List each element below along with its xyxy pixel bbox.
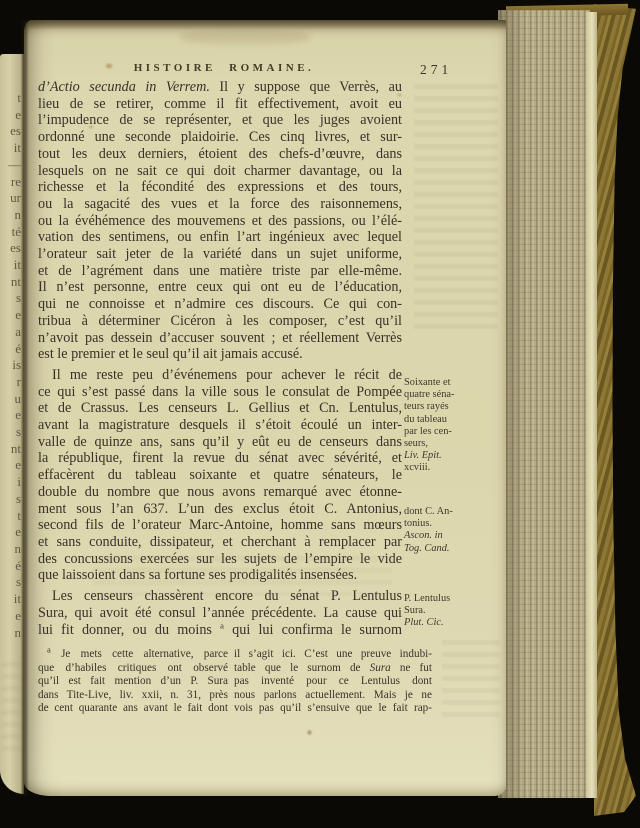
paragraph: d’Actio secunda in Verrem. Il y suppose … <box>38 79 402 363</box>
footnote-left-column: a Je mets cette alternative, parceque d’… <box>38 648 228 716</box>
body-line: Les censeurs chassèrent encore du sénat … <box>38 588 402 605</box>
body-line: Il me reste peu d’événemens pour achever… <box>38 367 402 384</box>
footnote-line: vois pas qu’il s’ensuive que le fait rap… <box>234 702 432 716</box>
margin-note-line: du tableau <box>404 414 484 426</box>
footnote-line: nous parlons actuellement. Mais je ne <box>234 689 432 703</box>
margin-note-line: xcviii. <box>404 462 484 474</box>
footnote-line: table que le surnom de Sura ne fut <box>234 662 432 676</box>
margin-note-line: tonius. <box>404 518 484 530</box>
body-line: et de Crassus. Les censeurs L. Gellius e… <box>38 400 402 417</box>
paragraph: Les censeurs chassèrent encore du sénat … <box>38 588 402 638</box>
margin-note-line: teurs rayés <box>404 401 484 413</box>
body-line: et de l’agrément dans une matière triste… <box>38 263 402 280</box>
body-line: lesquels on ne sait ce qui doit charmer … <box>38 163 402 180</box>
header-title: HISTOIRE ROMAINE. <box>134 62 315 74</box>
cover-gold-edge <box>594 4 636 816</box>
body-line: ou la sagacité des vues et la force des … <box>38 196 402 213</box>
body-line: lui fit donner, ou du moins a qui lui co… <box>38 622 402 639</box>
body-line: Il n’est personne, entre ceux qui ont eu… <box>38 279 402 296</box>
footnote-line: il s’agit ici. C’est une preuve indubi- <box>234 648 432 662</box>
running-header: HISTOIRE ROMAINE. <box>80 62 368 74</box>
body-line: lieu de se retirer, comme il fit effecti… <box>38 96 402 113</box>
body-line: ordonné une seconde plaidoirie. Ces cinq… <box>38 129 402 146</box>
footnote-line: qu’il est fait mention d’un P. Sura <box>38 675 228 689</box>
footnote-line: pas inventé pour ce Lentulus dont <box>234 675 432 689</box>
body-line: double du nombre que nous avons remarqué… <box>38 484 402 501</box>
body-line: effacèrent du tableau soixante et quatre… <box>38 467 402 484</box>
footnote-line: dans Tite-Live, liv. xxii, n. 31, près <box>38 689 228 703</box>
body-line: est le premier et le seul qu’il ait jama… <box>38 346 402 363</box>
fore-edge-highlight <box>586 12 597 798</box>
body-line: qui ne connoisse et n’admire ces discour… <box>38 296 402 313</box>
margin-note-line: Sura. <box>404 605 484 617</box>
footnote-line: a Je mets cette alternative, parce <box>38 648 228 662</box>
body-line: valle de quinze ans, sans qu’il y eût eu… <box>38 434 402 451</box>
footnote-line: que d’habiles critiques ont observé <box>38 662 228 676</box>
footnote-line: de cent quarante ans avant le fait dont <box>38 702 228 716</box>
body-line: tout les deux derniers, étoient des chef… <box>38 146 402 163</box>
body-line: la république, firent la revue du sénat … <box>38 450 402 467</box>
body-line: ou la évéhémence des mouvemens et des pa… <box>38 213 402 230</box>
page-fore-edge <box>498 10 590 798</box>
body-line: avant la magistrature desquels il s’étoi… <box>38 417 402 434</box>
body-line: et sans conduite, dissipateur, et cherch… <box>38 534 402 551</box>
book-scan: teesit—reurntéesitntseaéisruesnteistenés… <box>0 0 640 828</box>
body-line: que laissoient dans sa fortune ses prodi… <box>38 567 402 584</box>
facing-page-text-fragments: teesit—reurntéesitntseaéisruesnteistenés… <box>3 90 21 750</box>
margin-note-line: par les cen- <box>404 426 484 438</box>
margin-note: Soixante etquatre séna-teurs rayésdu tab… <box>404 377 484 475</box>
body-line: ce qui s’est passé dans la ville sous le… <box>38 384 402 401</box>
body-line: richesse et la fécondité des expressions… <box>38 179 402 196</box>
body-line: l’orateur sait jeter de la variété dans … <box>38 246 402 263</box>
footnote-right-column: il s’agit ici. C’est une preuve indubi-t… <box>234 648 432 716</box>
body-line: ment sous l’an 637. L’un des exclus étoi… <box>38 501 402 518</box>
body-line: tribua à déterminer Cicéron à les compos… <box>38 313 402 330</box>
margin-note-line: Tog. Cand. <box>404 543 484 555</box>
margin-note-line: P. Lentulus <box>404 593 484 605</box>
body-line: second fils de l’orateur Marc-Antoine, h… <box>38 517 402 534</box>
margin-note-line: Soixante et <box>404 377 484 389</box>
margin-note: P. LentulusSura.Plut. Cic. <box>404 593 484 630</box>
margin-note-line: seurs, <box>404 438 484 450</box>
margin-note-line: dont C. An- <box>404 506 484 518</box>
margin-note-line: Plut. Cic. <box>404 617 484 629</box>
body-line: n’avoit pas dessein d’accuser souvent ; … <box>38 330 402 347</box>
margin-note: dont C. An-tonius.Ascon. inTog. Cand. <box>404 506 484 555</box>
margin-note-line: Liv. Epit. <box>404 450 484 462</box>
paragraph: Il me reste peu d’événemens pour achever… <box>38 367 402 584</box>
body-line: des concussions exercées sur les sujets … <box>38 551 402 568</box>
body-text: d’Actio secunda in Verrem. Il y suppose … <box>38 79 402 638</box>
margin-note-line: quatre séna- <box>404 389 484 401</box>
gutter-shadow <box>21 20 29 796</box>
body-line: vation des sentimens, ou enfin l’art ing… <box>38 229 402 246</box>
body-line: l’impudence de se représenter, et que le… <box>38 112 402 129</box>
margin-note-line: Ascon. in <box>404 530 484 542</box>
body-line: d’Actio secunda in Verrem. Il y suppose … <box>38 79 402 96</box>
book-page: HISTOIRE ROMAINE. 271 d’Actio secunda in… <box>24 20 506 796</box>
